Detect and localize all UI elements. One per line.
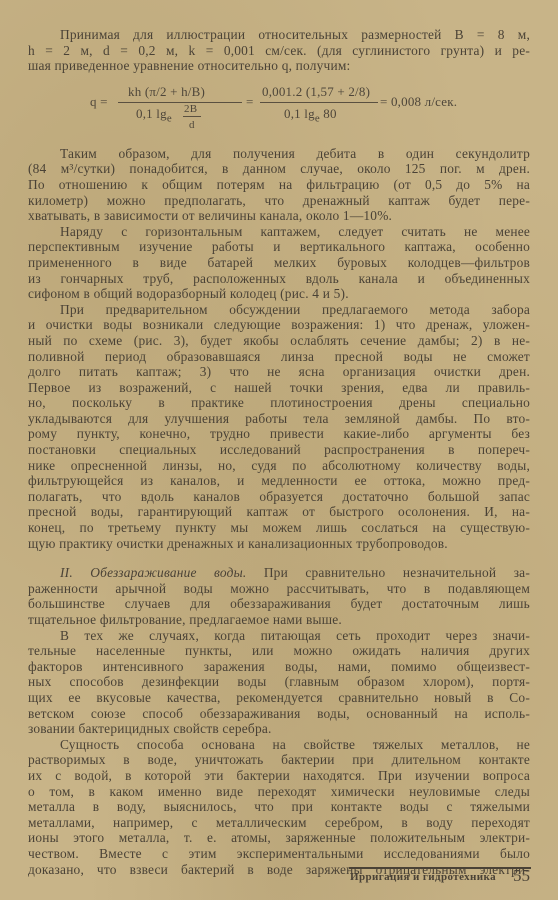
paragraph-debit: Таким образом, для получения дебита в од… <box>28 146 530 224</box>
text-line: зовании бактерицидных свойств серебра. <box>28 721 530 737</box>
text-line: нике опресненной линзы, но, судя по абсо… <box>28 458 530 474</box>
formula-inner-frac-den: d <box>189 118 195 134</box>
text-line: полагать, что вдоль каналов образуется д… <box>28 489 530 505</box>
text-line: ионы этого металла, т. е. атомы, заряжен… <box>28 830 530 846</box>
section-heading: II. Обеззараживание воды. <box>60 565 246 580</box>
text-line: металлами, например, с металлическим сер… <box>28 815 530 831</box>
text-line: ветском союзе способ обеззараживания вод… <box>28 706 530 722</box>
text-line: щих ее вкусовые качества, рекомендуется … <box>28 690 530 706</box>
formula: q = kh (π/2 + h/B) 0,1 lge 2B d = 0,001.… <box>28 80 530 140</box>
text-line: перспективным изучение работы и вертикал… <box>28 239 530 255</box>
text-line: тщательное фильтрование, предлагаемое на… <box>28 612 530 628</box>
text-line: В тех же случаях, когда питающая сеть пр… <box>28 628 530 644</box>
text-line: укладываются для улучшения работы тела з… <box>28 411 530 427</box>
paragraph-method-essence: Сущность способа основана на свойстве тя… <box>28 737 530 877</box>
text-line: пресной воды, гарантирующий каптаж от бы… <box>28 504 530 520</box>
section-first-line-text: При сравнительно незначительной за- <box>264 565 530 580</box>
text-line: Таким образом, для получения дебита в од… <box>28 146 530 162</box>
section-spacer <box>28 551 530 565</box>
paragraph-silver-method: В тех же случаях, когда питающая сеть пр… <box>28 628 530 737</box>
text-line: (84 м³/сутки) понадобится, в данном случ… <box>28 161 530 177</box>
text-line: Принимая для иллюстрации относительных р… <box>28 27 530 43</box>
text-line: чеством. Вместе с этим экспериментальным… <box>28 846 530 862</box>
text-line: ных способов дезинфекции воды (главным о… <box>28 674 530 690</box>
formula-result: = 0,008 л/сек. <box>380 94 457 110</box>
text-line: При предварительном обсуждении предлагае… <box>28 302 530 318</box>
text-line: II. Обеззараживание воды. При сравнитель… <box>28 565 530 581</box>
text-line: постановки специальных исследований расп… <box>28 442 530 458</box>
log-argument: 80 <box>323 106 336 121</box>
fraction-bar <box>118 102 242 103</box>
text-line: хватывать, в зависимости от величины кан… <box>28 208 530 224</box>
paragraph-vertical-captage: Наряду с горизонтальным каптажем, следуе… <box>28 224 530 302</box>
formula-frac2-denominator: 0,1 lge 80 <box>284 106 337 127</box>
text-line: шая приведенное уравнение относительно q… <box>28 58 530 74</box>
text-line: металла в воду, выяснилось, что при конт… <box>28 799 530 815</box>
text-line: Сущность способа основана на свойстве тя… <box>28 737 530 753</box>
page-body: Принимая для иллюстрации относительных р… <box>28 27 530 877</box>
text-line: факторов интенсивного заражения воды, на… <box>28 659 530 675</box>
paragraph-objections: При предварительном обсуждении предлагае… <box>28 302 530 552</box>
text-line: фильтрующейся из каналов, и медленности … <box>28 473 530 489</box>
text-line: щую практику очистки дренажных и канализ… <box>28 536 530 552</box>
text-line: тельные населенные пункты, или можно ожи… <box>28 643 530 659</box>
fraction-bar <box>260 102 378 103</box>
text-line: раженности арычной воды можно рассчитыва… <box>28 581 530 597</box>
text-line: рому пункту, конечно, трудно привести ка… <box>28 426 530 442</box>
text-line: долго питать каптаж; 3) что не ясна орга… <box>28 364 530 380</box>
formula-frac2-numerator: 0,001.2 (1,57 + 2/8) <box>262 84 370 100</box>
inner-fraction-bar <box>183 116 201 117</box>
formula-lhs: q = <box>90 94 108 110</box>
log-label: 0,1 lg <box>284 106 315 121</box>
text-line: доказано, что взвеси бактерий в воде зар… <box>28 862 530 878</box>
text-line: ный по схеме (рис. 3), будет якобы ослаб… <box>28 333 530 349</box>
text-line: примененного в виде батарей мелких буров… <box>28 255 530 271</box>
paragraph-intro: Принимая для иллюстрации относительных р… <box>28 27 530 74</box>
text-line: их с водой, в которой эти бактерии наход… <box>28 768 530 784</box>
text-line: По отношению к общим потерям на фильтрац… <box>28 177 530 193</box>
text-line: сифоном в общий водоразборный колодец (р… <box>28 286 530 302</box>
text-line: но, поскольку в практике плотиностроения… <box>28 395 530 411</box>
text-line: h = 2 м, d = 0,2 м, k = 0,001 см/сек. (д… <box>28 43 530 59</box>
formula-frac1-denominator: 0,1 lge <box>136 106 172 127</box>
text-line: поливной период образовавшаяся линза пре… <box>28 349 530 365</box>
text-line: конец, по третьему пункту мы можем лишь … <box>28 520 530 536</box>
formula-frac1-numerator: kh (π/2 + h/B) <box>128 84 205 100</box>
text-line: и очистки воды возникали следующие возра… <box>28 317 530 333</box>
text-line: большинстве случаев для обеззараживания … <box>28 596 530 612</box>
section-disinfection: II. Обеззараживание воды. При сравнитель… <box>28 565 530 627</box>
text-line: о том, в каком именно виде переходят хим… <box>28 784 530 800</box>
log-label: 0,1 lg <box>136 106 167 121</box>
log-base: e <box>315 112 320 124</box>
formula-equals: = <box>246 94 254 110</box>
text-line: Наряду с горизонтальным каптажем, следуе… <box>28 224 530 240</box>
text-line: километр) можно предполагать, что дренаж… <box>28 193 530 209</box>
text-line: Первое из возражений, с нашей точки зрен… <box>28 380 530 396</box>
text-line: из гончарных труб, расположенных вдоль к… <box>28 271 530 287</box>
log-base: e <box>167 112 172 124</box>
text-line: растворимых в воде, уничтожать бактерии … <box>28 752 530 768</box>
